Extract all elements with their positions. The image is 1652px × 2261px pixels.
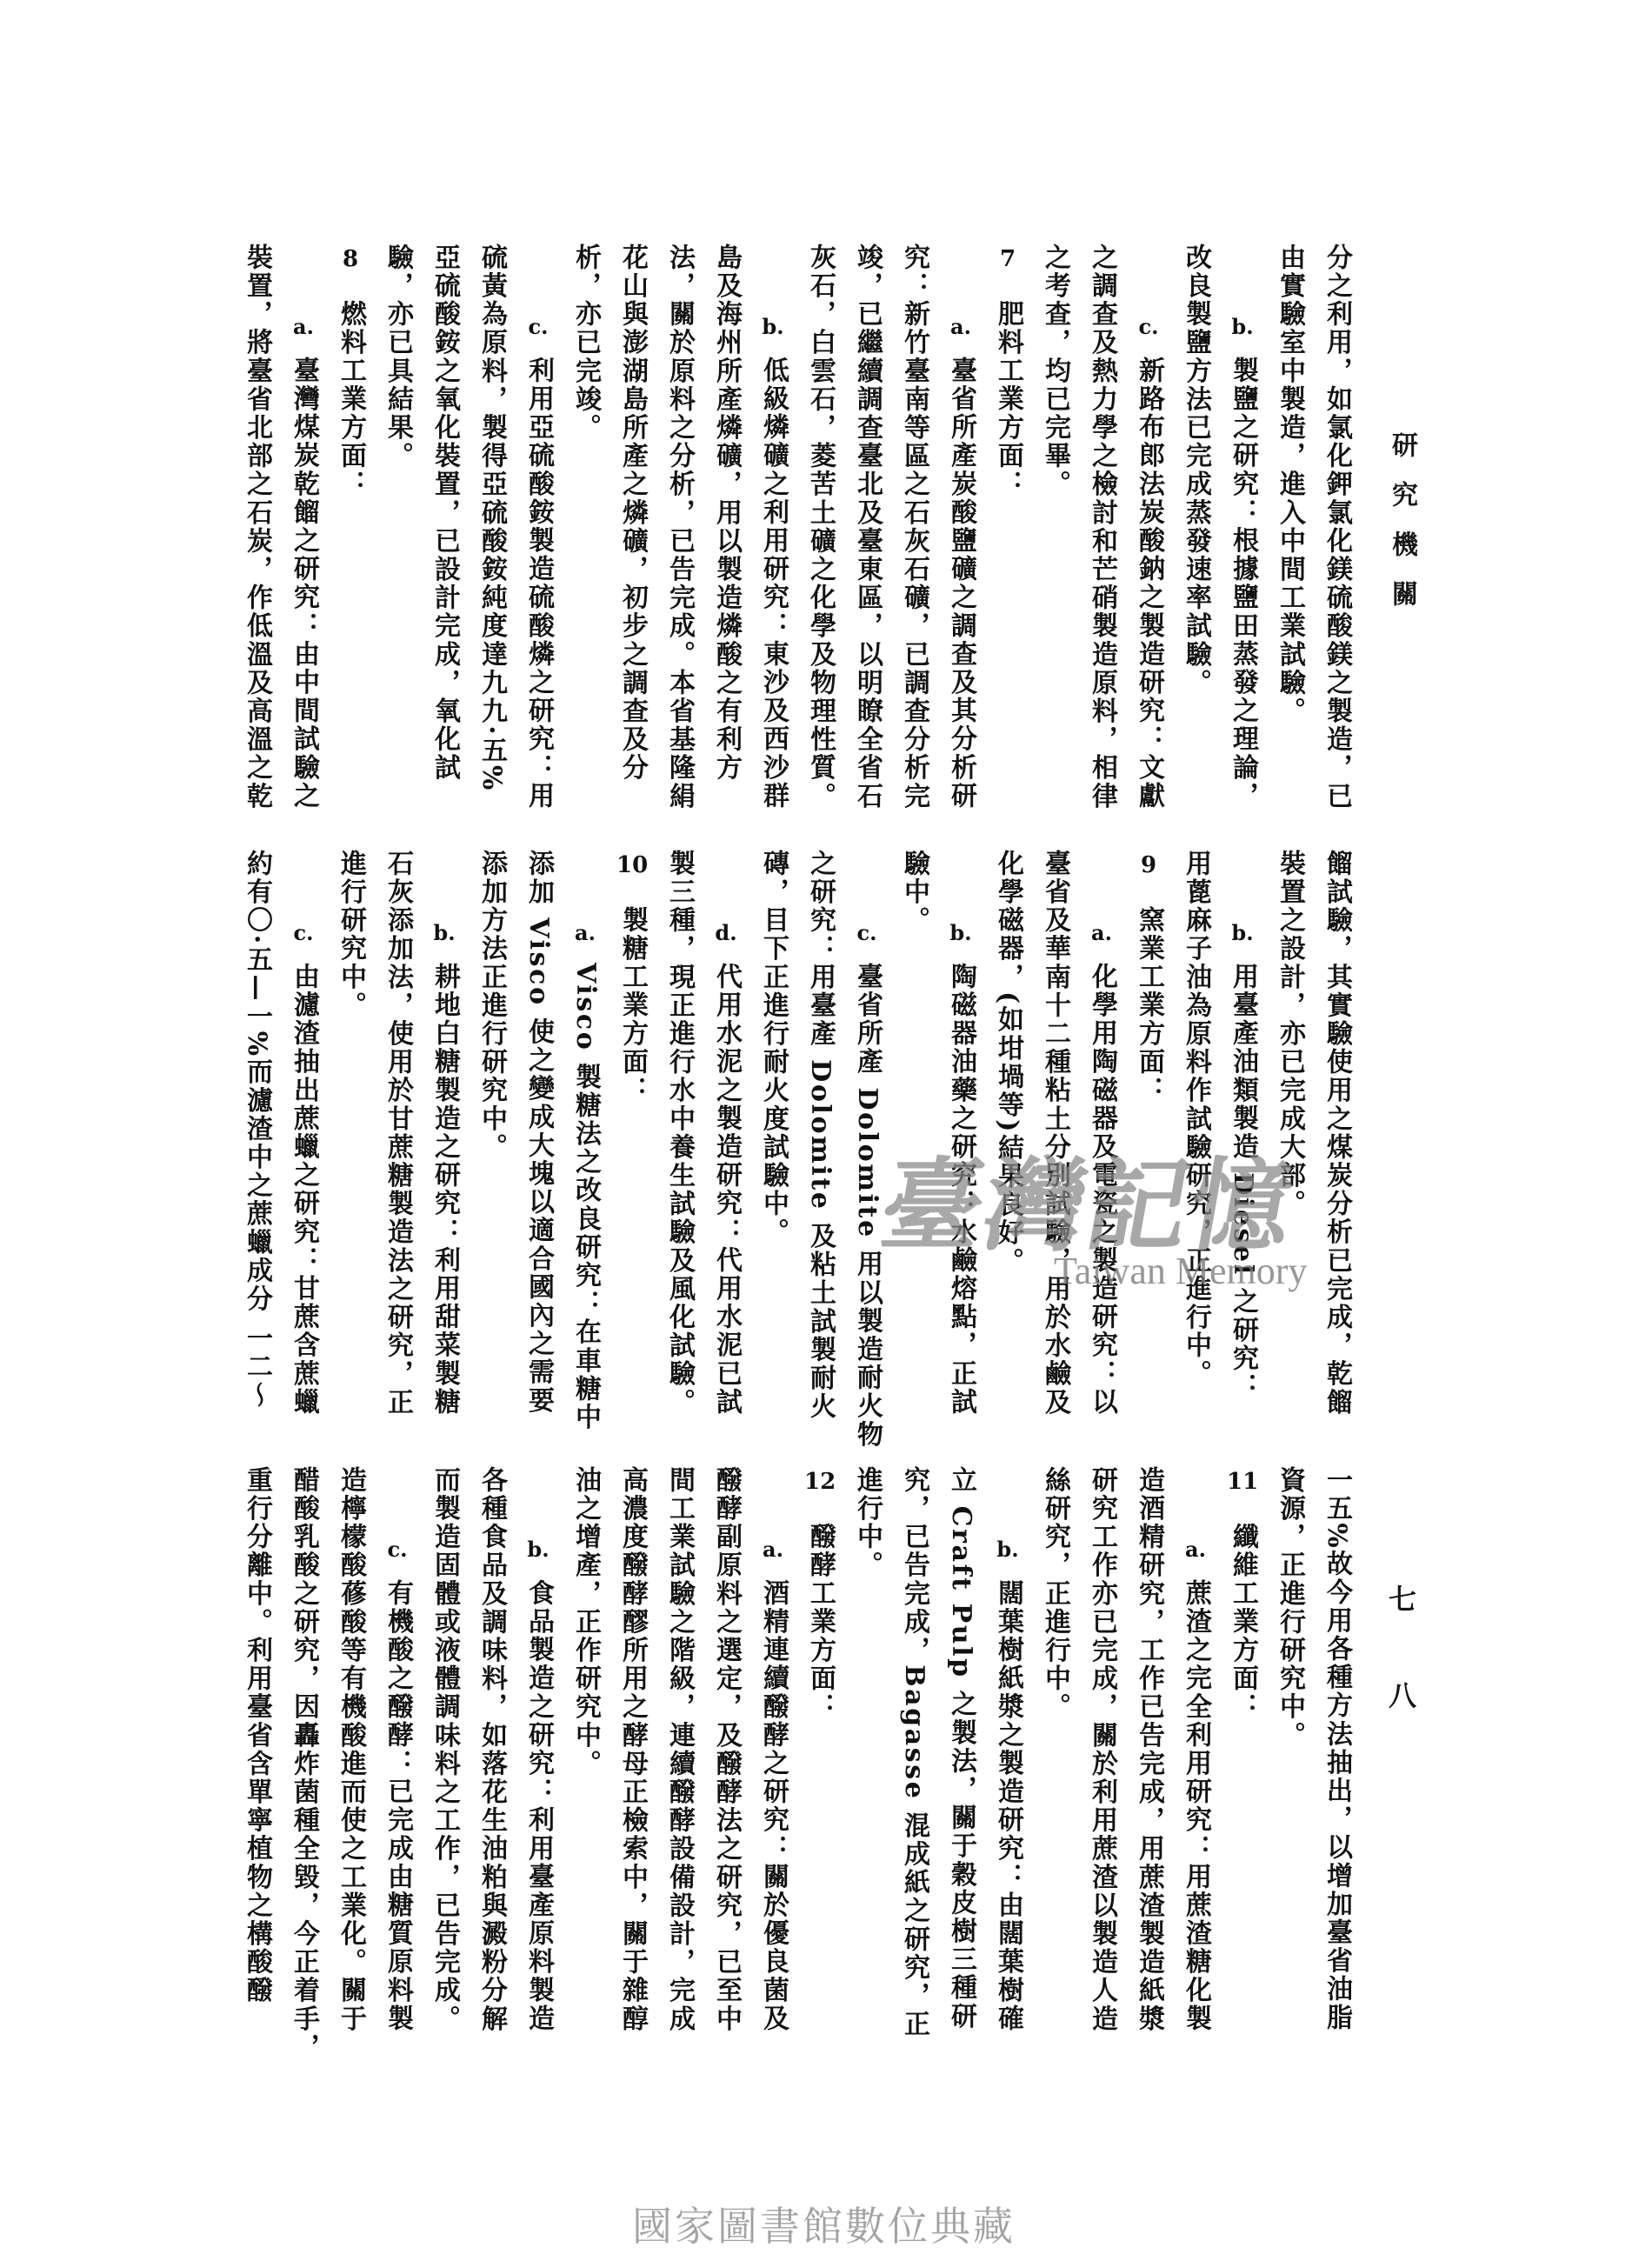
text-column: 究，已告完成，Bagasse 混成紙之研究，正 — [898, 1466, 929, 2040]
item-column: c.利用亞硫酸銨製造硫酸燐之研究：用 — [523, 243, 554, 817]
section-heading-column: 10製糖工業方面： — [616, 850, 648, 1424]
text-column: 花山與澎湖島所產之燐礦，初步之調查及分 — [616, 243, 648, 817]
item-column: c.有機酸之醱酵：已完成由糖質原料製 — [382, 1466, 413, 2040]
text-column: 進行研究中。 — [335, 850, 366, 1424]
column-text: 分之利用，如氯化鉀氯化鎂硫酸鎂之製造，已 — [1322, 243, 1352, 810]
column-text: 添加 Visco 使之變成大塊以適合國內之需要 — [523, 850, 554, 1415]
section-heading-column: 9窯業工業方面： — [1133, 850, 1164, 1424]
column-text: 而製造固體或液體調味料之工作，已告完成。 — [430, 1466, 460, 2033]
column-text: 臺灣煤炭乾餾之研究：由中間試驗之 — [289, 357, 319, 810]
item-marker: a. — [1086, 919, 1117, 947]
item-column: b.製鹽之研究：根據鹽田蒸發之理論， — [1227, 243, 1258, 817]
column-text: 餾試驗，其實驗使用之煤炭分析已完成，乾餾 — [1322, 850, 1352, 1417]
text-column: 製三種，現正進行水中養生試驗及風化試驗。 — [663, 850, 695, 1424]
item-column: a.酒精連續醱酵之研究：關於優良菌及 — [757, 1466, 789, 2040]
column-text: 亞硫酸銨之氧化裝置，已設計完成，氧化試 — [430, 243, 460, 782]
column-text: 用蓖麻子油為原料作試驗研究，正進行中。 — [1181, 850, 1211, 1388]
column-text: 竣，已繼續調查臺北及臺東區，以明瞭全省石 — [852, 243, 883, 810]
column-text: 之研究：用臺產 Dolomite 及粘土試製耐火 — [805, 850, 836, 1421]
text-column: 絲研究，正進行中。 — [1039, 1466, 1070, 2040]
text-column: 裝置之設計，亦已完成大部。 — [1274, 850, 1305, 1424]
item-column: c.新路布郎法炭酸鈉之製造研究：文獻 — [1133, 243, 1164, 817]
item-marker: a. — [288, 313, 319, 341]
text-column: 添加方法正進行研究中。 — [476, 850, 507, 1424]
item-marker: b. — [945, 919, 976, 947]
column-text: 酒精連續醱酵之研究：關於優良菌及 — [758, 1579, 789, 2033]
text-column: 而製造固體或液體調味料之工作，已告完成。 — [429, 1466, 460, 2040]
column-text: 驗中。 — [899, 850, 929, 935]
item-column: b.低級燐礦之利用研究：東沙及西沙群 — [757, 243, 789, 817]
item-marker: c. — [288, 919, 319, 947]
text-column: 間工業試驗之階級，連續醱酵設備設計，完成 — [663, 1466, 695, 2040]
watermark-title: 臺灣記憶 — [873, 1150, 1303, 1263]
column-text: 低級燐礦之利用研究：東沙及西沙群 — [758, 357, 789, 810]
text-column: 亞硫酸銨之氧化裝置，已設計完成，氧化試 — [429, 243, 460, 817]
column-text: 絲研究，正進行中。 — [1040, 1466, 1070, 1721]
column-text: 臺省所產炭酸鹽礦之調查及其分析研 — [946, 357, 976, 810]
column-text: 利用亞硫酸銨製造硫酸燐之研究：用 — [523, 357, 554, 810]
text-column: 分之利用，如氯化鉀氯化鎂硫酸鎂之製造，已 — [1321, 243, 1352, 817]
column-text: 究：新竹臺南等區之石灰石礦，已調查分析完 — [899, 243, 929, 810]
column-text: 闊葉樹紙漿之製造研究：由闊葉樹確 — [993, 1579, 1023, 2033]
text-column: 由實驗室中製造，進入中間工業試驗。 — [1274, 243, 1305, 817]
text-column: 重行分離中。利用臺省含單寧植物之構酸醱 — [241, 1466, 272, 2040]
text-column: 之調查及熱力學之檢討和芒硝製造原料，相律 — [1086, 243, 1117, 817]
archive-footer: 國家圖書館數位典藏 — [632, 2203, 1016, 2250]
column-text: 立 Craft Pulp 之製法，關于穀皮樹三種研 — [946, 1466, 976, 2031]
item-column: c.臺省所產 Dolomite 用以製造耐火物 — [851, 850, 883, 1424]
section-heading: 纖維工業方面： — [1228, 1523, 1258, 1721]
text-column: 造酒精研究，工作已告完成，用蔗渣製造紙漿 — [1133, 1466, 1164, 2040]
column-text: 油之增產，正作研究中。 — [570, 1466, 601, 1778]
column-text: 進行中。 — [852, 1466, 883, 1579]
column-text: 新路布郎法炭酸鈉之製造研究：文獻 — [1134, 357, 1164, 810]
column-text: 灰石，白雲石，菱苦土礦之化學及物理性質。 — [805, 243, 836, 810]
text-column: 石灰添加法，使用於甘蔗糖製造法之研究，正 — [382, 850, 413, 1424]
column-text: 花山與澎湖島所產之燐礦，初步之調查及分 — [617, 243, 648, 782]
column-text: 研究工作亦已完成，關於利用蔗渣以製造人造 — [1087, 1466, 1117, 2033]
item-column: a.臺灣煤炭乾餾之研究：由中間試驗之 — [288, 243, 319, 817]
item-marker: d. — [710, 919, 742, 947]
column-text: 之調查及熱力學之檢討和芒硝製造原料，相律 — [1087, 243, 1117, 810]
item-column: a.蔗渣之完全利用研究：用蔗渣糖化製 — [1180, 1466, 1211, 2040]
item-marker: c. — [523, 313, 554, 341]
text-column: 立 Craft Pulp 之製法，關于穀皮樹三種研 — [945, 1466, 976, 2040]
item-column: b.耕地白糖製造之研究：利用甜菜製糖 — [429, 850, 460, 1424]
text-column: 之研究：用臺產 Dolomite 及粘土試製耐火 — [804, 850, 836, 1424]
text-column: 灰石，白雲石，菱苦土礦之化學及物理性質。 — [804, 243, 836, 817]
text-column: 驗，亦已具結果。 — [382, 243, 413, 817]
text-column: 驗中。 — [898, 850, 929, 1424]
text-band-2: 餾試驗，其實驗使用之煤炭分析已完成，乾餾 裝置之設計，亦已完成大部。 b.用臺產… — [0, 850, 1652, 1424]
column-text: 臺省及華南十二種粘土分別試驗，用於水鹼及 — [1040, 850, 1070, 1417]
text-column: 餾試驗，其實驗使用之煤炭分析已完成，乾餾 — [1321, 850, 1352, 1424]
column-text: 添加方法正進行研究中。 — [476, 850, 507, 1162]
column-text: 島及海州所產燐礦，用以製造燐酸之有利方 — [711, 243, 742, 782]
text-column: 油之增產，正作研究中。 — [570, 1466, 601, 2040]
item-marker: b. — [1227, 313, 1258, 341]
item-marker: b. — [1227, 919, 1258, 947]
text-column: 進行中。 — [851, 1466, 883, 2040]
section-heading: 窯業工業方面： — [1134, 906, 1164, 1104]
watermark-subtitle: Taiwan Memory — [1054, 1251, 1307, 1292]
text-column: 醱酵副原料之選定，及醱酵法之研究，已至中 — [710, 1466, 742, 2040]
section-number: 10 — [616, 851, 648, 879]
column-text: 之考查，均已完畢。 — [1040, 243, 1070, 498]
column-text: 醋酸乳酸之研究，因轟炸菌種全毀，今正着手， — [289, 1466, 319, 2062]
text-column: 添加 Visco 使之變成大塊以適合國內之需要 — [523, 850, 554, 1424]
text-column: 之考查，均已完畢。 — [1039, 243, 1070, 817]
item-marker: b. — [523, 1536, 554, 1564]
item-column: a.化學用陶磁器及電瓷之製造研究：以 — [1086, 850, 1117, 1424]
text-column: 研究工作亦已完成，關於利用蔗渣以製造人造 — [1086, 1466, 1117, 2040]
text-column: 用蓖麻子油為原料作試驗研究，正進行中。 — [1180, 850, 1211, 1424]
column-text: 磚，目下正進行耐火度試驗中。 — [758, 850, 789, 1246]
section-heading: 燃料工業方面： — [336, 300, 366, 498]
section-heading-column: 8燃料工業方面： — [335, 243, 366, 817]
column-text: 製鹽之研究：根據鹽田蒸發之理論， — [1228, 357, 1258, 810]
text-column: 改良製鹽方法已完成蒸發速率試驗。 — [1180, 243, 1211, 817]
section-number: 12 — [804, 1468, 836, 1496]
column-text: 代用水泥之製造研究：代用水泥已試 — [711, 963, 742, 1417]
text-column: 約有〇·五—一%而濾渣中之蔗蠟成分 一二～ — [241, 850, 272, 1424]
column-text: 一五%故今用各種方法抽出，以增加臺省油脂 — [1322, 1466, 1352, 2032]
column-text: 有機酸之醱酵：已完成由糖質原料製 — [383, 1579, 413, 2033]
item-column: c.由濾渣抽出蔗蠟之研究：甘蔗含蔗蠟 — [288, 850, 319, 1424]
column-text: 各種食品及調味料，如落花生油粕與澱粉分解 — [476, 1466, 507, 2033]
column-text: 製三種，現正進行水中養生試驗及風化試驗。 — [664, 850, 695, 1417]
item-column: a.Visco 製糖法之改良研究：在車糖中 — [570, 850, 601, 1424]
item-column: b.闊葉樹紙漿之製造研究：由闊葉樹確 — [992, 1466, 1023, 2040]
section-number: 8 — [335, 245, 366, 273]
column-text: 間工業試驗之階級，連續醱酵設備設計，完成 — [664, 1466, 695, 2033]
column-text: 食品製造之研究：利用臺產原料製造 — [523, 1579, 554, 2033]
text-column: 裝置，將臺省北部之石炭，作低溫及高溫之乾 — [241, 243, 272, 817]
column-text: 石灰添加法，使用於甘蔗糖製造法之研究，正 — [383, 850, 413, 1417]
column-text: 造檸檬酸蓚酸等有機酸進而使之工業化。關于 — [336, 1466, 366, 2033]
item-marker: c. — [382, 1536, 413, 1564]
column-text: 約有〇·五—一%而濾渣中之蔗蠟成分 一二～ — [242, 850, 272, 1410]
column-text: 法，關於原料之分析，已告完成。本省基隆絹 — [664, 243, 695, 810]
text-column: 究：新竹臺南等區之石灰石礦，已調查分析完 — [898, 243, 929, 817]
text-column: 竣，已繼續調查臺北及臺東區，以明瞭全省石 — [851, 243, 883, 817]
item-marker: a. — [757, 1536, 789, 1564]
column-text: 蔗渣之完全利用研究：用蔗渣糖化製 — [1181, 1579, 1211, 2033]
column-text: 資源，正進行研究中。 — [1275, 1466, 1305, 1750]
text-band-3: 一五%故今用各種方法抽出，以增加臺省油脂 資源，正進行研究中。 11纖維工業方面… — [0, 1466, 1652, 2040]
column-text: 由實驗室中製造，進入中間工業試驗。 — [1275, 243, 1305, 725]
column-text: 驗，亦已具結果。 — [383, 243, 413, 470]
item-marker: b. — [429, 919, 460, 947]
item-marker: c. — [851, 919, 883, 947]
text-column: 資源，正進行研究中。 — [1274, 1466, 1305, 2040]
section-number: 9 — [1133, 851, 1164, 879]
column-text: 高濃度醱酵醪所用之酵母正檢索中，關于雜醇 — [617, 1466, 648, 2033]
column-text: Visco 製糖法之改良研究：在車糖中 — [570, 963, 601, 1431]
text-column: 島及海州所產燐礦，用以製造燐酸之有利方 — [710, 243, 742, 817]
item-column: b.食品製造之研究：利用臺產原料製造 — [523, 1466, 554, 2040]
item-column: b.用臺產油類製造 Diesel 之研究： — [1227, 850, 1258, 1424]
text-column: 各種食品及調味料，如落花生油粕與澱粉分解 — [476, 1466, 507, 2040]
item-marker: c. — [1133, 313, 1164, 341]
text-column: 化學磁器，(如坩堝等)結果良好。 — [992, 850, 1023, 1424]
item-marker: a. — [1180, 1536, 1211, 1564]
column-text: 重行分離中。利用臺省含單寧植物之構酸醱 — [242, 1466, 272, 2004]
text-band-1: 分之利用，如氯化鉀氯化鎂硫酸鎂之製造，已 由實驗室中製造，進入中間工業試驗。 b… — [0, 243, 1652, 817]
section-heading: 醱酵工業方面： — [805, 1523, 836, 1721]
item-marker: a. — [945, 313, 976, 341]
text-column: 一五%故今用各種方法抽出，以增加臺省油脂 — [1321, 1466, 1352, 2040]
text-column: 造檸檬酸蓚酸等有機酸進而使之工業化。關于 — [335, 1466, 366, 2040]
section-number: 7 — [992, 245, 1023, 273]
section-number: 11 — [1227, 1468, 1258, 1496]
item-column: d.代用水泥之製造研究：代用水泥已試 — [710, 850, 742, 1424]
text-column: 磚，目下正進行耐火度試驗中。 — [757, 850, 789, 1424]
text-column: 析，亦已完竣。 — [570, 243, 601, 817]
column-text: 耕地白糖製造之研究：利用甜菜製糖 — [430, 963, 460, 1417]
text-column: 高濃度醱酵醪所用之酵母正檢索中，關于雜醇 — [616, 1466, 648, 2040]
column-text: 造酒精研究，工作已告完成，用蔗渣製造紙漿 — [1134, 1466, 1164, 2033]
text-column: 臺省及華南十二種粘土分別試驗，用於水鹼及 — [1039, 850, 1070, 1424]
column-text: 硫黃為原料，製得亞硫酸銨純度達九九·五% — [476, 243, 507, 792]
column-text: 析，亦已完竣。 — [570, 243, 601, 442]
item-column: a.臺省所產炭酸鹽礦之調查及其分析研 — [945, 243, 976, 817]
section-heading: 肥料工業方面： — [993, 300, 1023, 498]
column-text: 改良製鹽方法已完成蒸發速率試驗。 — [1181, 243, 1211, 697]
section-heading-column: 11纖維工業方面： — [1227, 1466, 1258, 2040]
item-marker: b. — [992, 1536, 1023, 1564]
column-text: 究，已告完成，Bagasse 混成紙之研究，正 — [899, 1466, 929, 2038]
column-text: 臺省所產 Dolomite 用以製造耐火物 — [852, 963, 883, 1449]
column-text: 裝置，將臺省北部之石炭，作低溫及高溫之乾 — [242, 243, 272, 810]
section-heading-column: 12醱酵工業方面： — [804, 1466, 836, 2040]
column-text: 進行研究中。 — [336, 850, 366, 1020]
section-heading-column: 7肥料工業方面： — [992, 243, 1023, 817]
text-column: 醋酸乳酸之研究，因轟炸菌種全毀，今正着手， — [288, 1466, 319, 2040]
text-column: 硫黃為原料，製得亞硫酸銨純度達九九·五% — [476, 243, 507, 817]
section-heading: 製糖工業方面： — [617, 906, 648, 1104]
item-column: b.陶磁器油藥之研究：水鹼熔點，正試 — [945, 850, 976, 1424]
column-text: 醱酵副原料之選定，及醱酵法之研究，已至中 — [711, 1466, 742, 2033]
text-column: 法，關於原料之分析，已告完成。本省基隆絹 — [663, 243, 695, 817]
column-text: 由濾渣抽出蔗蠟之研究：甘蔗含蔗蠟 — [289, 963, 319, 1417]
item-marker: a. — [570, 919, 601, 947]
item-marker: b. — [757, 313, 789, 341]
